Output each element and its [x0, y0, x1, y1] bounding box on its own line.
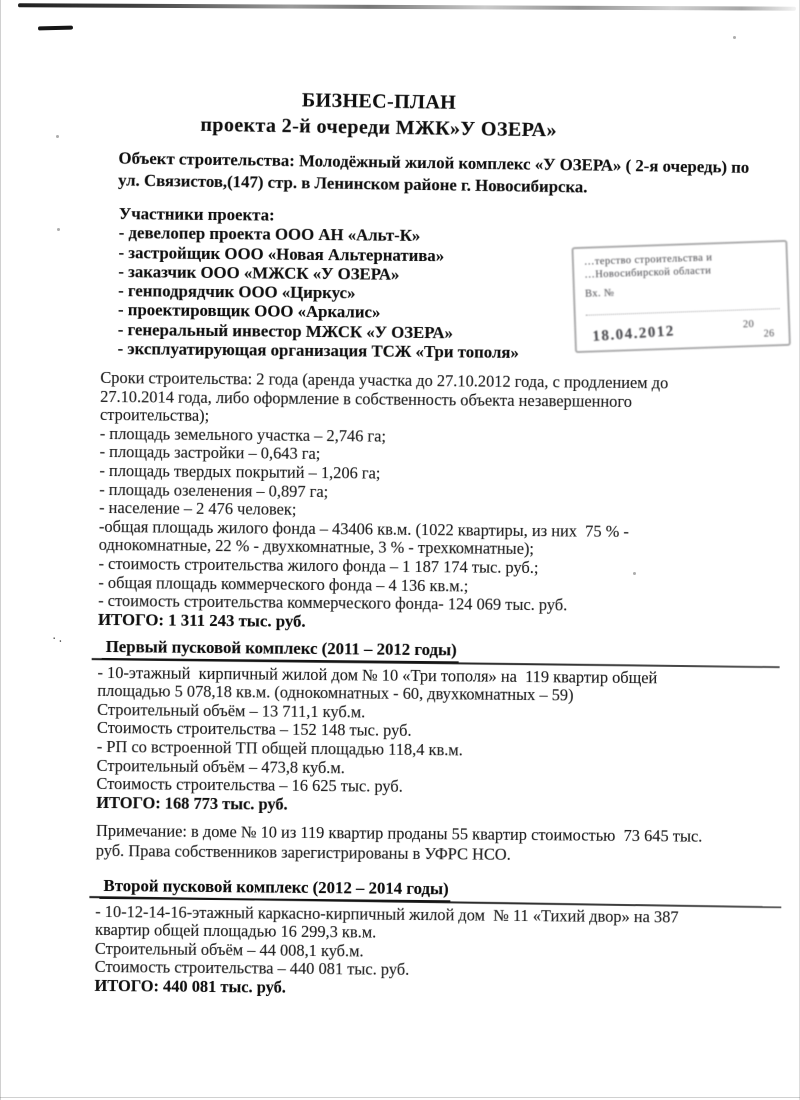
second-launch-complex-section: Второй пусковой комплекс (2012 – 2014 го…: [94, 877, 785, 1002]
document-content: БИЗНЕС-ПЛАН проекта 2-й очереди МЖК»У ОЗ…: [0, 0, 800, 1100]
participant-item: - эксплуатирующая организация ТСЖ «Три т…: [118, 339, 638, 363]
section-body: - 10-12-14-16-этажный каркасно-кирпичный…: [94, 902, 785, 1002]
scanned-page: ·. БИЗНЕС-ПЛАН проекта 2-й очереди МЖК»У…: [0, 0, 800, 1100]
construction-object-paragraph: Объект строительства: Молодёжный жилой к…: [118, 147, 739, 199]
stamp-blank-line: [585, 297, 779, 316]
stamp-number: 26: [763, 327, 774, 340]
note-paragraph: Примечание: в доме № 10 из 119 квартир п…: [96, 821, 786, 867]
section-body: - 10-этажный кирпичный жилой дом № 10 «Т…: [96, 663, 787, 818]
first-launch-complex-section: Первый пусковой комплекс (2011 – 2012 го…: [96, 638, 788, 819]
registration-stamp: …терство строительства и …Новосибирской …: [571, 240, 790, 353]
stamp-year-blank: 20: [743, 318, 755, 331]
construction-summary: Сроки строительства: 2 года (аренда учас…: [98, 369, 770, 636]
title-block: БИЗНЕС-ПЛАН проекта 2-й очереди МЖК»У ОЗ…: [0, 83, 759, 147]
participants-list: Участники проекта: - девелопер проекта О…: [118, 204, 639, 363]
section-heading: Первый пусковой комплекс (2011 – 2012 го…: [102, 638, 459, 663]
section-heading: Второй пусковой комплекс (2012 – 2014 го…: [99, 877, 450, 902]
stamp-date: 18.04.2012: [592, 325, 675, 344]
